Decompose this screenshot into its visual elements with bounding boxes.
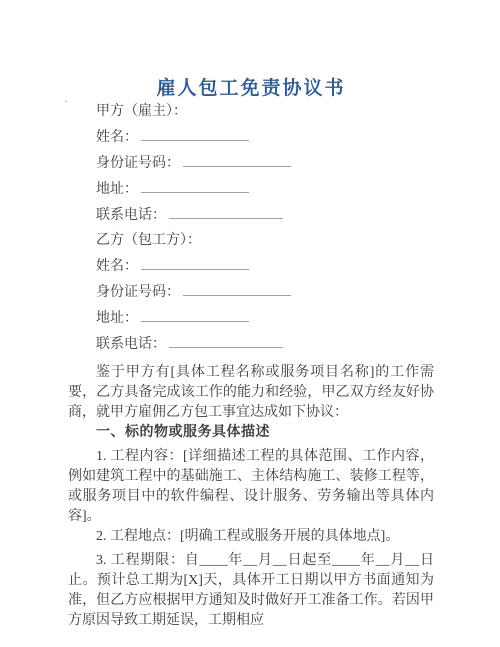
blank-line <box>141 127 249 141</box>
blank-line <box>169 334 283 348</box>
field-label: 联系电话： <box>96 337 166 352</box>
clause-project-duration: 3. 工程期限：自____年__月__日起至____年__月__日止。预计总工期… <box>68 551 434 631</box>
party-a-field-address: 地址： <box>68 179 434 200</box>
party-a-field-id-number: 身份证号码： <box>68 153 434 174</box>
blank-line <box>141 179 249 193</box>
preamble-paragraph: 鉴于甲方有[具体工程名称或服务项目名称]的工作需要，乙方具备完成该工作的能力和经… <box>68 363 434 423</box>
blank-line <box>169 205 283 219</box>
field-label: 身份证号码： <box>96 285 180 300</box>
section-1-heading: 一、标的物或服务具体描述 <box>68 423 434 443</box>
field-label: 联系电话： <box>96 208 166 223</box>
party-a-field-name: 姓名： <box>68 127 434 148</box>
party-b-field-address: 地址： <box>68 308 434 329</box>
document-title: 雇人包工免责协议书 <box>68 78 434 100</box>
party-a-field-phone: 联系电话： <box>68 205 434 226</box>
blank-line <box>183 153 291 167</box>
field-label: 身份证号码： <box>96 156 180 171</box>
blank-line <box>141 256 249 270</box>
party-b-heading: 乙方（包工方）： <box>68 231 434 251</box>
party-b-field-name: 姓名： <box>68 256 434 277</box>
blank-line <box>183 282 291 296</box>
contract-document: 雇人包工免责协议书 · 甲方（雇主）： 姓名： 身份证号码： 地址： 联系电话：… <box>0 0 500 647</box>
field-label: 姓名： <box>96 130 138 145</box>
clause-project-content: 1. 工程内容：[详细描述工程的具体范围、工作内容，例如建筑工程中的基础施工、主… <box>68 447 434 527</box>
party-a-heading: 甲方（雇主）： <box>68 102 434 122</box>
field-label: 地址： <box>96 311 138 326</box>
field-label: 地址： <box>96 182 138 197</box>
party-b-field-id-number: 身份证号码： <box>68 282 434 303</box>
stray-mark: · <box>64 94 68 109</box>
blank-line <box>141 308 249 322</box>
clause-project-location: 2. 工程地点：[明确工程或服务开展的具体地点]。 <box>68 527 434 547</box>
party-b-field-phone: 联系电话： <box>68 334 434 355</box>
field-label: 姓名： <box>96 259 138 274</box>
